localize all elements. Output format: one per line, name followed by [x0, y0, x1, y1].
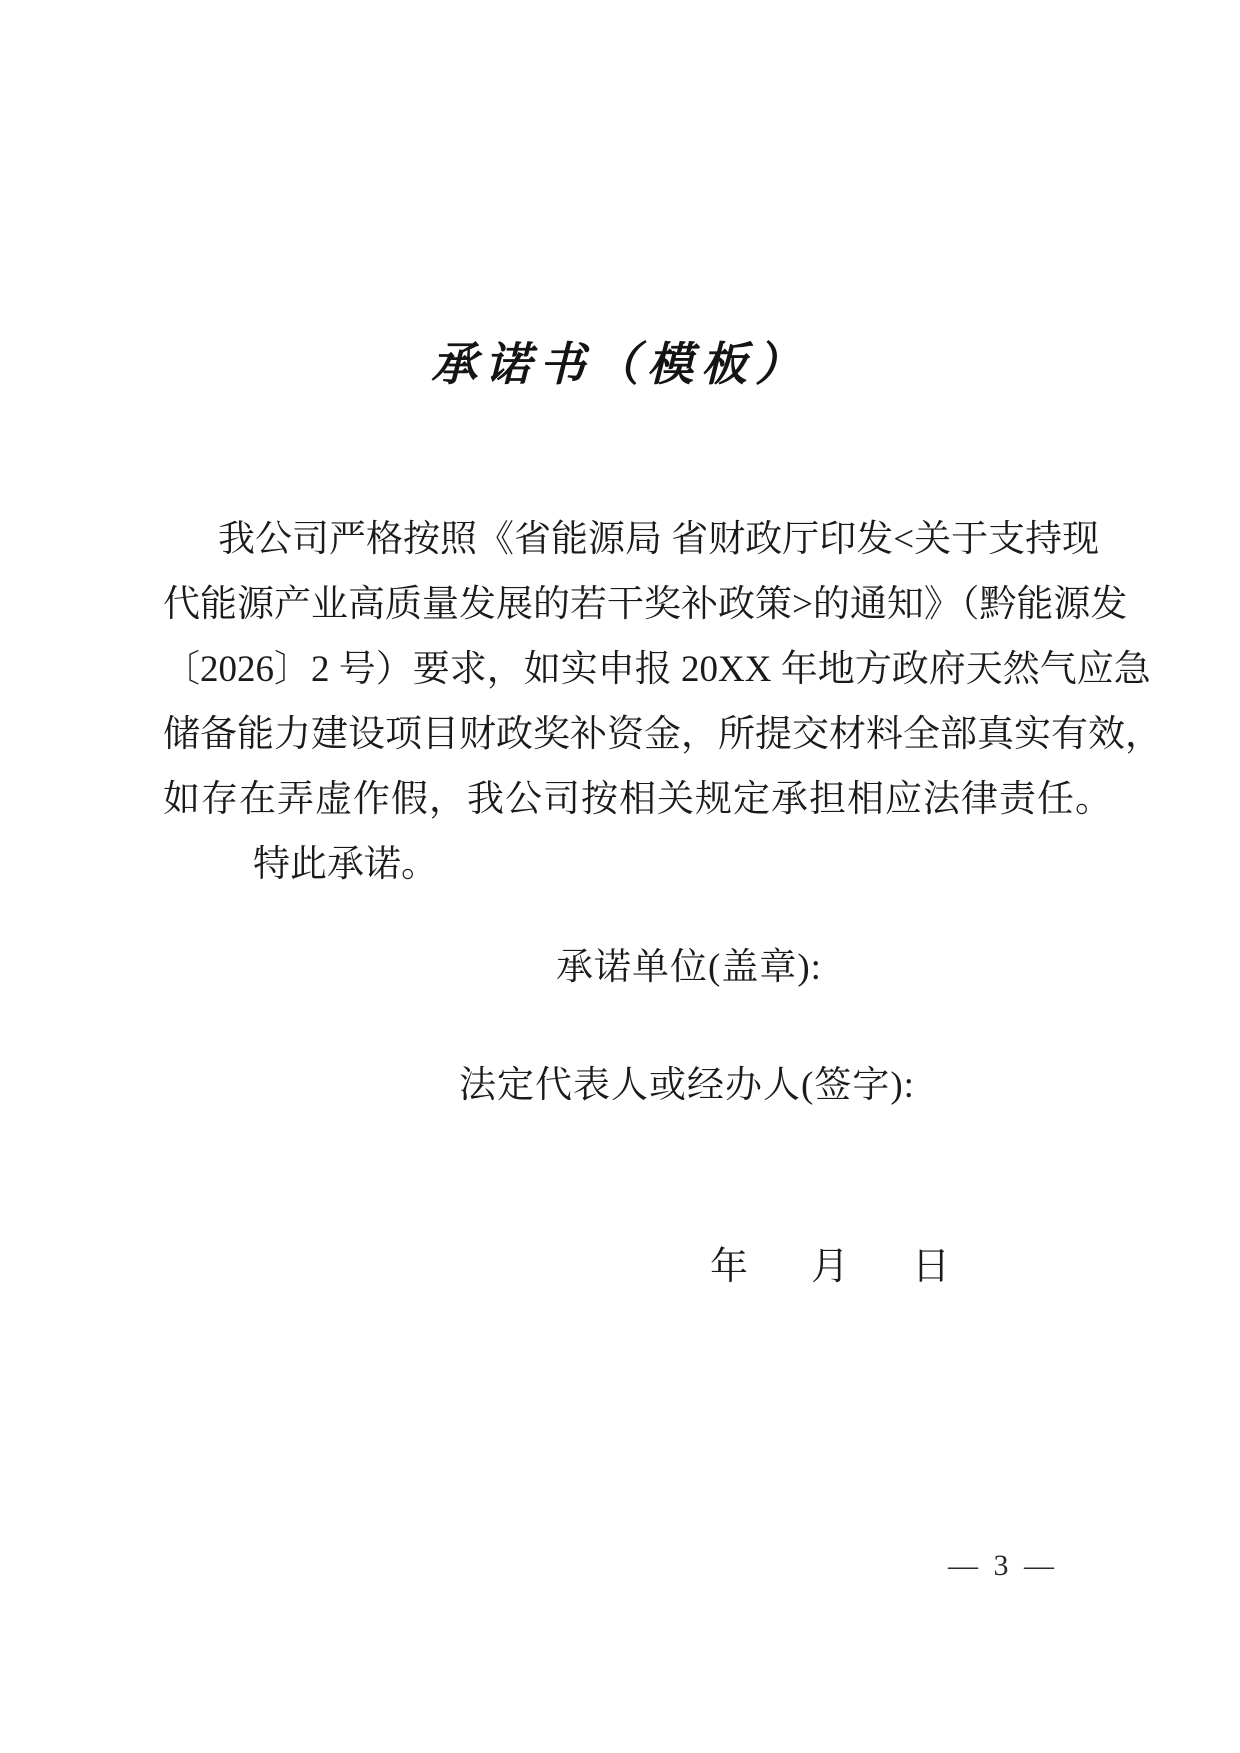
body-line-1: 我公司严格按照《省能源局 省财政厅印发<关于支持现	[163, 507, 1079, 572]
body-line-5: 如存在弄虚作假，我公司按相关规定承担相应法律责任。	[163, 767, 1079, 832]
document-page: 承诺书（模板） 我公司严格按照《省能源局 省财政厅印发<关于支持现 代能源产业高…	[0, 0, 1240, 1753]
body-line-4: 储备能力建设项目财政奖补资金，所提交材料全部真实有效，	[163, 702, 1079, 767]
closing-statement: 特此承诺。	[253, 832, 438, 897]
page-number: — 3 —	[938, 1546, 1068, 1586]
date-line: 年 月 日	[710, 1243, 950, 1291]
seal-label: 承诺单位(盖章):	[556, 944, 822, 992]
body-line-3: 〔2026〕2 号）要求，如实申报 20XX 年地方政府天然气应急	[163, 637, 1079, 702]
date-day-label: 日	[912, 1243, 950, 1291]
date-month-label: 月	[811, 1243, 849, 1291]
body-line-2: 代能源产业高质量发展的若干奖补政策>的通知》（黔能源发	[163, 572, 1079, 637]
signature-label: 法定代表人或经办人(签字):	[459, 1062, 915, 1110]
date-year-label: 年	[710, 1243, 748, 1291]
document-title: 承诺书（模板）	[0, 328, 1240, 394]
body-paragraph: 我公司严格按照《省能源局 省财政厅印发<关于支持现 代能源产业高质量发展的若干奖…	[163, 507, 1079, 832]
